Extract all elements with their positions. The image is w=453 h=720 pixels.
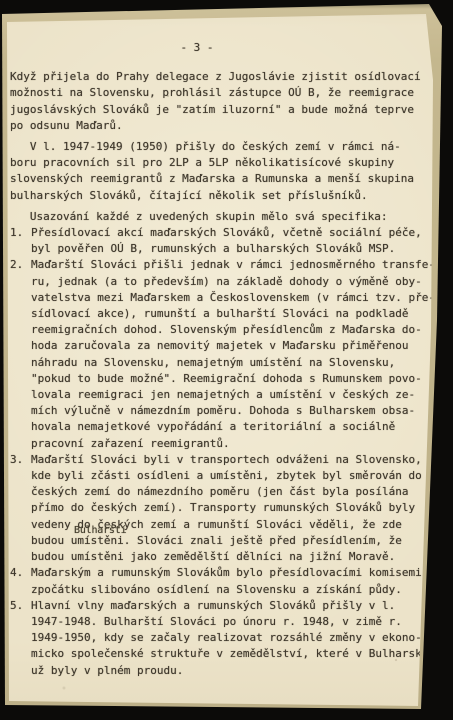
list-item: 1.Přesídlovací akcí maďarských Slováků, … xyxy=(10,225,442,257)
list-item-number: 3. xyxy=(10,452,23,468)
typed-insertion-word: Bulharští xyxy=(74,523,126,539)
paragraph: Když přijela do Prahy delegace z Jugoslá… xyxy=(10,69,442,134)
list-item: 5.Hlavní vlny maďarských a rumunských Sl… xyxy=(10,598,442,679)
list-item-text: Hlavní vlny maďarských a rumunských Slov… xyxy=(31,598,442,679)
paragraph: Usazování každé z uvedených skupin mělo … xyxy=(10,209,442,225)
list-item-number: 4. xyxy=(10,565,23,581)
document-page: - 3 - Když přijela do Prahy delegace z J… xyxy=(0,0,453,720)
paragraphs: Když přijela do Prahy delegace z Jugoslá… xyxy=(10,69,442,225)
list-item-number: 1. xyxy=(10,225,23,241)
list-item-text: Maďarští Slováci byli v transportech odv… xyxy=(31,452,442,565)
list-item-text: Maďarští Slováci přišli jednak v rámci j… xyxy=(31,257,442,451)
photo-background: - 3 - Když přijela do Prahy delegace z J… xyxy=(0,0,453,720)
list-item: 4.Maďarským a rumunským Slovákům bylo př… xyxy=(10,565,442,597)
list-item-text: Přesídlovací akcí maďarských Slováků, vč… xyxy=(31,225,442,257)
page-number: - 3 - xyxy=(10,40,384,56)
typewritten-content: - 3 - Když přijela do Prahy delegace z J… xyxy=(10,40,442,679)
paragraph: V l. 1947-1949 (1950) přišly do českých … xyxy=(10,139,442,204)
numbered-list: 1.Přesídlovací akcí maďarských Slováků, … xyxy=(10,225,442,679)
list-item: 2.Maďarští Slováci přišli jednak v rámci… xyxy=(10,257,442,451)
list-item: 3.Maďarští Slováci byli v transportech o… xyxy=(10,452,442,565)
list-item-number: 5. xyxy=(10,598,23,614)
list-item-text: Maďarským a rumunským Slovákům bylo přes… xyxy=(31,565,442,597)
list-item-number: 2. xyxy=(10,257,23,273)
